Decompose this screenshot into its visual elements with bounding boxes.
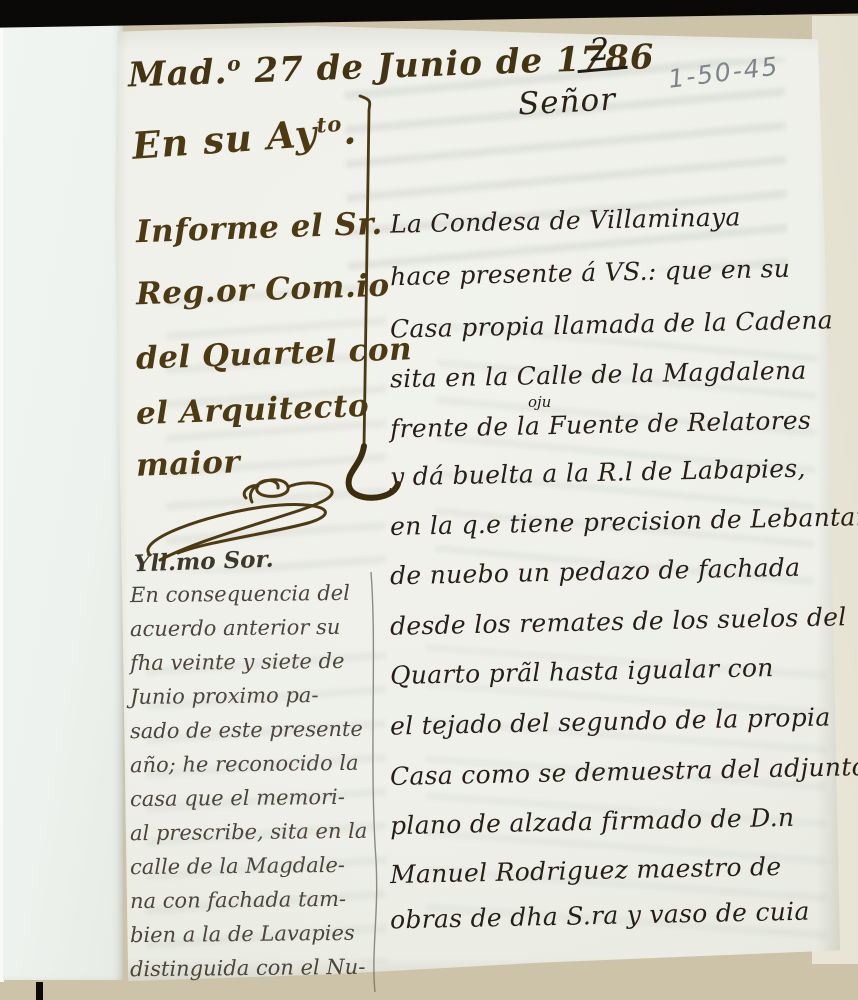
report-line: fha veinte y siete de <box>130 649 345 675</box>
report-line: sado de este presente <box>130 717 363 743</box>
report-line: distinguida con el Nu- <box>130 955 366 981</box>
scan-registration-mark <box>36 982 43 1000</box>
margin-note-line: maior <box>135 444 240 484</box>
report-line: al prescribe, sita en la <box>130 819 368 845</box>
date-prefix: Mad. <box>127 52 228 95</box>
backing-sheet-left <box>3 24 123 980</box>
report-line: año; he reconocido la <box>130 751 359 777</box>
report-line: na con fachada tam- <box>130 887 346 913</box>
report-line: calle de la Magdale- <box>130 853 345 879</box>
interline-correction: oju <box>528 393 551 411</box>
council-note-tail: . <box>341 108 358 153</box>
report-line: En consequencia del <box>130 581 350 607</box>
report-line: casa que el memori- <box>130 785 345 811</box>
page-number: 2 <box>574 30 627 73</box>
salutation-senor: Señor <box>517 81 617 122</box>
scan-black-band <box>0 0 858 30</box>
report-line: Junio proximo pa- <box>130 683 319 709</box>
council-note-superscript: to <box>316 111 343 138</box>
report-line: bien a la de Lavapies <box>130 921 355 947</box>
report-line: acuerdo anterior su <box>130 615 341 641</box>
date-superscript: o <box>227 51 242 75</box>
report-salutation: Yll.mo Sor. <box>134 546 274 578</box>
manuscript-scan: Mad.o 27 de Junio de 1786 En su Ayto. 2 … <box>0 0 858 1000</box>
